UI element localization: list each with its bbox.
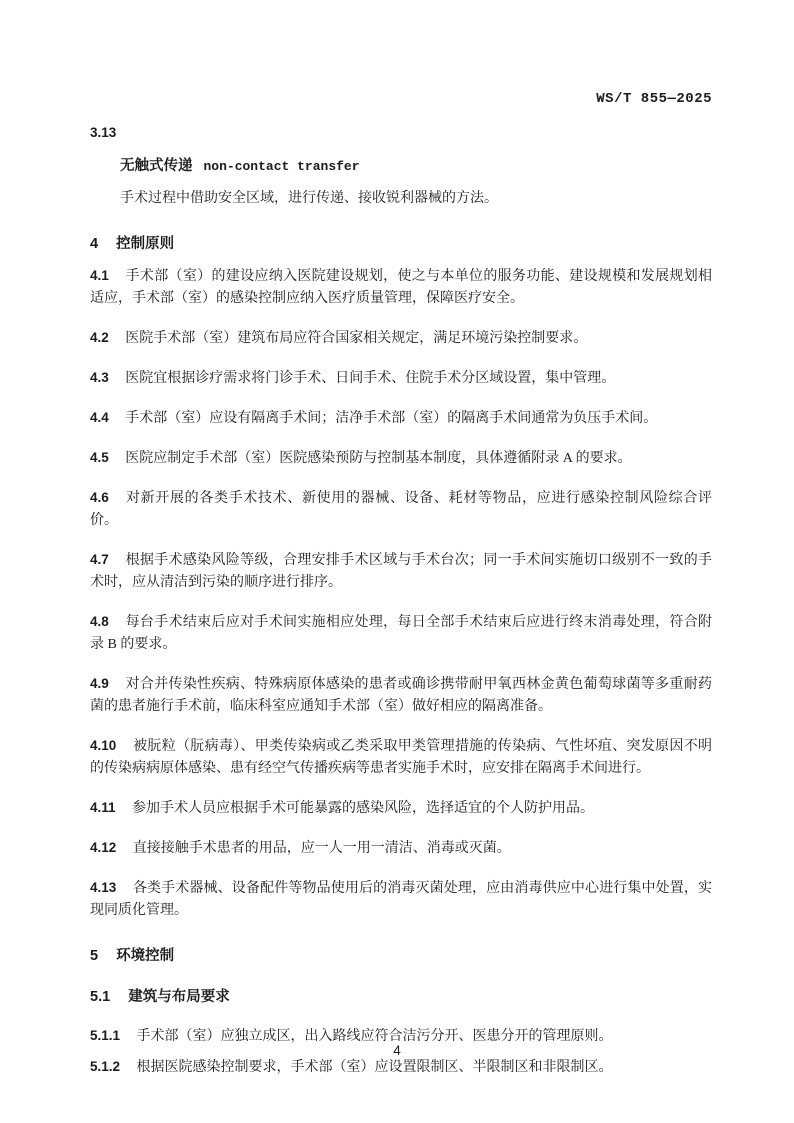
document-code-header: WS/T 855—2025 xyxy=(90,90,712,108)
clause-number: 4.11 xyxy=(90,800,116,815)
clause-text: 每台手术结束后应对手术间实施相应处理，每日全部手术结束后应进行终末消毒处理，符合… xyxy=(90,615,712,652)
clause-number: 4.6 xyxy=(90,490,109,505)
clause-4-5: 4.5 医院应制定手术部（室）医院感染预防与控制基本制度，具体遵循附录 A 的要… xyxy=(90,447,712,470)
clause-text: 根据医院感染控制要求，手术部（室）应设置限制区、半限制区和非限制区。 xyxy=(137,1060,613,1075)
term-number: 3.13 xyxy=(90,122,712,144)
section-5-1-number: 5.1 xyxy=(90,989,110,1005)
section-5-1-heading: 5.1 建筑与布局要求 xyxy=(90,986,712,1008)
clause-4-7: 4.7 根据手术感染风险等级，合理安排手术区域与手术台次；同一手术间实施切口级别… xyxy=(90,549,712,594)
clause-text: 各类手术器械、设备配件等物品使用后的消毒灭菌处理，应由消毒供应中心进行集中处置，… xyxy=(90,881,712,918)
clause-text: 对新开展的各类手术技术、新使用的器械、设备、耗材等物品，应进行感染控制风险综合评… xyxy=(90,491,712,528)
term-chinese: 无触式传递 xyxy=(120,158,193,174)
clause-4-12: 4.12 直接接触手术患者的用品，应一人一用一清洁、消毒或灭菌。 xyxy=(90,837,712,860)
section-5-title: 环境控制 xyxy=(116,948,174,964)
clause-number: 4.13 xyxy=(90,880,116,895)
clause-5-1-2: 5.1.2 根据医院感染控制要求，手术部（室）应设置限制区、半限制区和非限制区。 xyxy=(90,1056,712,1079)
clause-number: 5.1.1 xyxy=(90,1028,120,1043)
clause-4-10: 4.10 被朊粒（朊病毒）、甲类传染病或乙类采取甲类管理措施的传染病、气性坏疽、… xyxy=(90,735,712,780)
clause-number: 4.2 xyxy=(90,330,109,345)
clause-4-2: 4.2 医院手术部（室）建筑布局应符合国家相关规定，满足环境污染控制要求。 xyxy=(90,327,712,350)
clause-number: 4.12 xyxy=(90,840,116,855)
clause-4-8: 4.8 每台手术结束后应对手术间实施相应处理，每日全部手术结束后应进行终末消毒处… xyxy=(90,611,712,656)
clause-text: 根据手术感染风险等级，合理安排手术区域与手术台次；同一手术间实施切口级别不一致的… xyxy=(90,553,712,590)
section-4-title: 控制原则 xyxy=(116,236,174,252)
clause-4-4: 4.4 手术部（室）应设有隔离手术间；洁净手术部（室）的隔离手术间通常为负压手术… xyxy=(90,407,712,430)
clause-number: 4.8 xyxy=(90,614,109,629)
clause-number: 4.10 xyxy=(90,738,116,753)
clause-number: 4.9 xyxy=(90,676,109,691)
clause-number: 4.4 xyxy=(90,410,109,425)
section-5-1-title: 建筑与布局要求 xyxy=(128,989,230,1005)
clause-4-13: 4.13 各类手术器械、设备配件等物品使用后的消毒灭菌处理，应由消毒供应中心进行… xyxy=(90,877,712,922)
section-5-number: 5 xyxy=(90,948,98,964)
section-4-heading: 4 控制原则 xyxy=(90,233,712,255)
clause-text: 医院宜根据诊疗需求将门诊手术、日间手术、住院手术分区域设置，集中管理。 xyxy=(125,371,615,386)
clause-4-1: 4.1 手术部（室）的建设应纳入医院建设规划，使之与本单位的服务功能、建设规模和… xyxy=(90,265,712,310)
clause-text: 医院应制定手术部（室）医院感染预防与控制基本制度，具体遵循附录 A 的要求。 xyxy=(125,451,631,466)
term-line: 无触式传递 non-contact transfer xyxy=(120,155,712,178)
page-number: 4 xyxy=(0,1043,794,1058)
clause-4-11: 4.11 参加手术人员应根据手术可能暴露的感染风险，选择适宜的个人防护用品。 xyxy=(90,797,712,820)
clause-number: 5.1.2 xyxy=(90,1059,120,1074)
clause-text: 直接接触手术患者的用品，应一人一用一清洁、消毒或灭菌。 xyxy=(133,841,511,856)
clause-number: 4.7 xyxy=(90,552,109,567)
clause-number: 4.1 xyxy=(90,268,109,283)
clause-text: 对合并传染性疾病、特殊病原体感染的患者或确诊携带耐甲氧西林金黄色葡萄球菌等多重耐… xyxy=(90,677,712,714)
page-content: WS/T 855—2025 3.13 无触式传递 non-contact tra… xyxy=(90,0,712,1079)
clause-4-9: 4.9 对合并传染性疾病、特殊病原体感染的患者或确诊携带耐甲氧西林金黄色葡萄球菌… xyxy=(90,673,712,718)
term-definition: 手术过程中借助安全区域，进行传递、接收锐利器械的方法。 xyxy=(120,188,712,210)
clause-text: 手术部（室）的建设应纳入医院建设规划，使之与本单位的服务功能、建设规模和发展规划… xyxy=(90,269,712,306)
clause-4-6: 4.6 对新开展的各类手术技术、新使用的器械、设备、耗材等物品，应进行感染控制风… xyxy=(90,487,712,532)
clause-text: 医院手术部（室）建筑布局应符合国家相关规定，满足环境污染控制要求。 xyxy=(125,331,587,346)
clause-number: 4.3 xyxy=(90,370,109,385)
clause-text: 手术部（室）应设有隔离手术间；洁净手术部（室）的隔离手术间通常为负压手术间。 xyxy=(125,411,657,426)
clause-text: 手术部（室）应独立成区，出入路线应符合洁污分开、医患分开的管理原则。 xyxy=(137,1029,613,1044)
clause-text: 被朊粒（朊病毒）、甲类传染病或乙类采取甲类管理措施的传染病、气性坏疽、突发原因不… xyxy=(90,739,712,776)
clause-number: 4.5 xyxy=(90,450,109,465)
document-page: WS/T 855—2025 3.13 无触式传递 non-contact tra… xyxy=(0,0,794,1123)
clause-text: 参加手术人员应根据手术可能暴露的感染风险，选择适宜的个人防护用品。 xyxy=(132,801,594,816)
section-4-number: 4 xyxy=(90,236,98,252)
section-5-heading: 5 环境控制 xyxy=(90,945,712,967)
term-english: non-contact transfer xyxy=(204,159,360,174)
clause-4-3: 4.3 医院宜根据诊疗需求将门诊手术、日间手术、住院手术分区域设置，集中管理。 xyxy=(90,367,712,390)
